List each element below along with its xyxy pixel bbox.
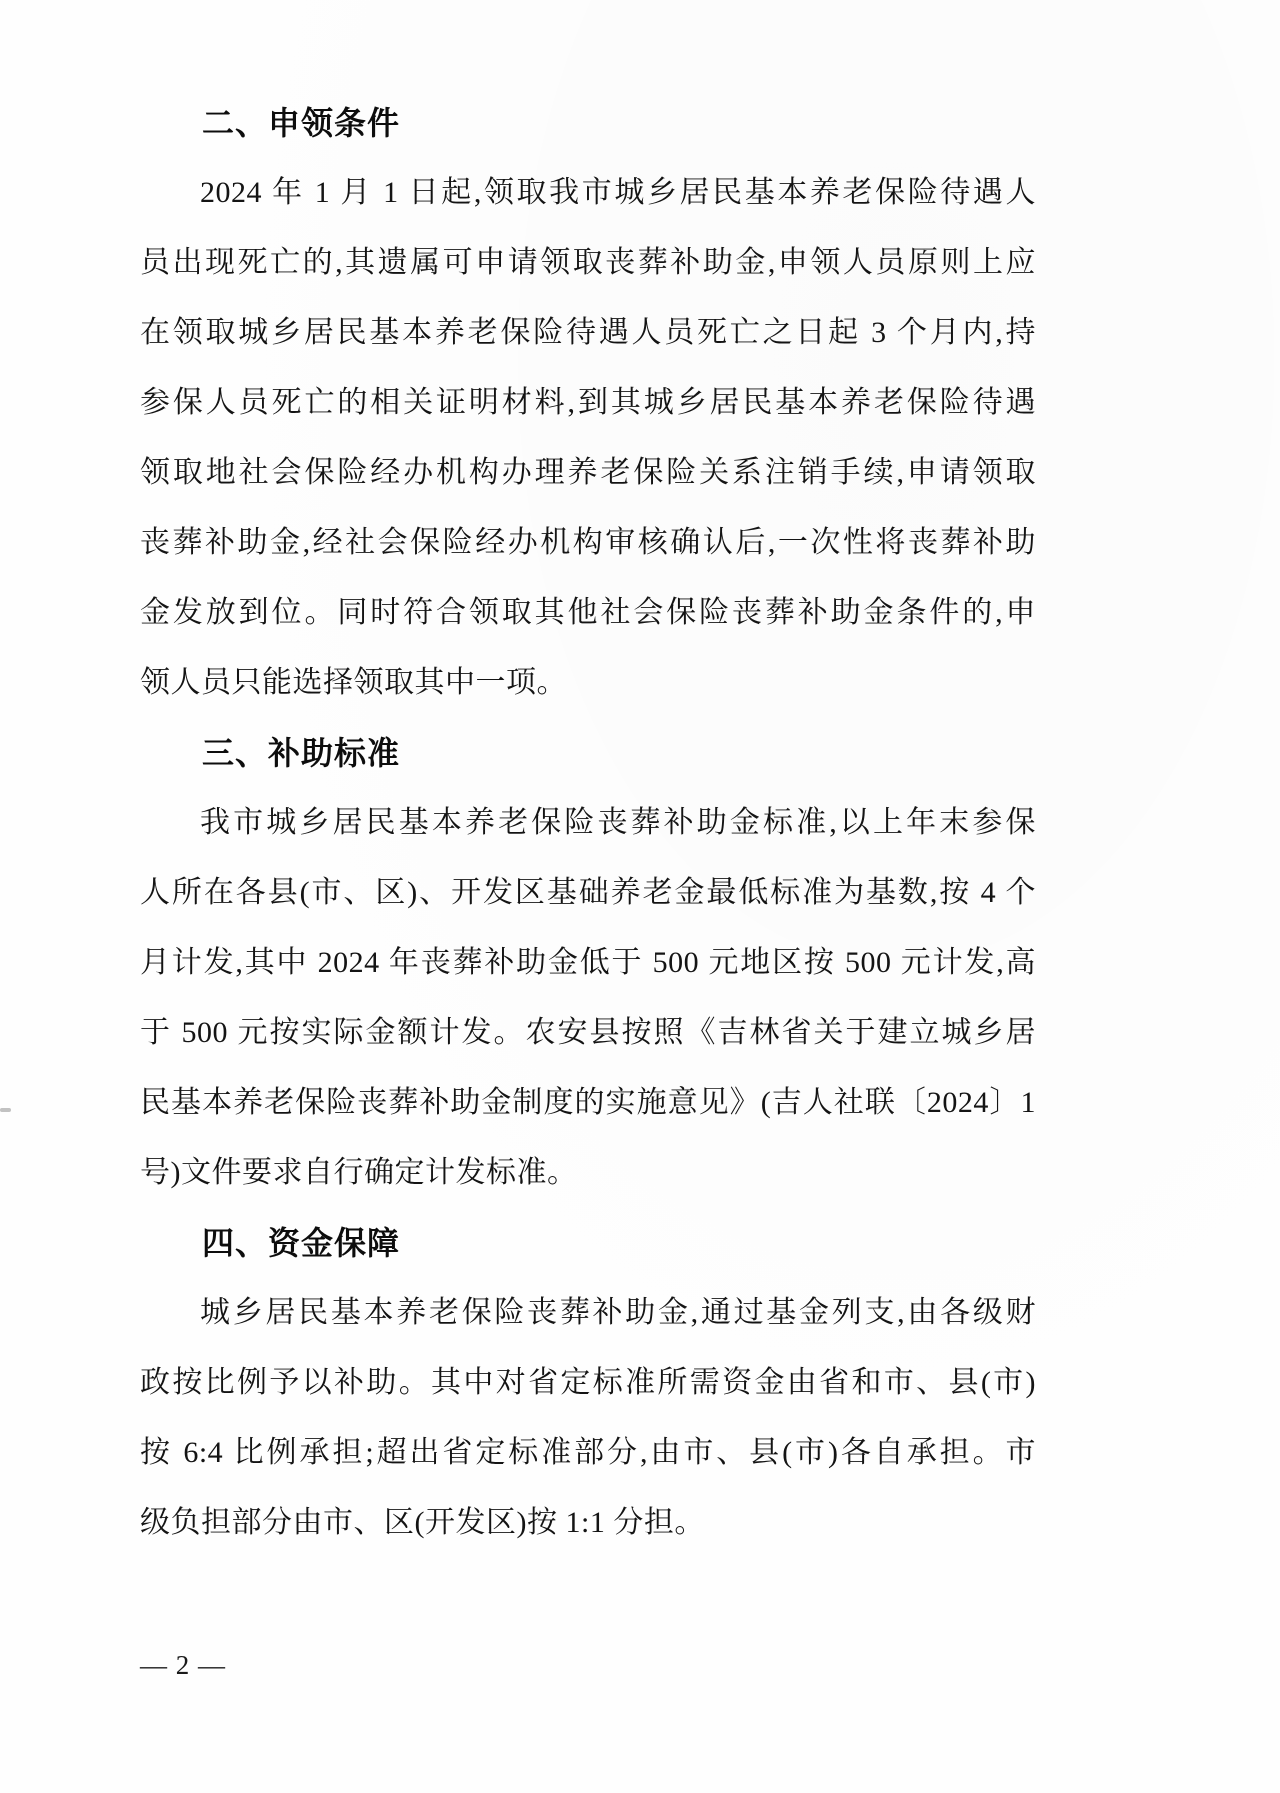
document-content: 二、申领条件2024 年 1 月 1 日起,领取我市城乡居民基本养老保险待遇人员… [140,88,1036,1558]
paragraph: 2024 年 1 月 1 日起,领取我市城乡居民基本养老保险待遇人员出现死亡的,… [140,158,1036,718]
document-page: 二、申领条件2024 年 1 月 1 日起,领取我市城乡居民基本养老保险待遇人员… [0,0,1280,1793]
body-line: 我市城乡居民基本养老保险丧葬补助金标准,以上年末参保 [140,788,1036,858]
body-line: 人所在各县(市、区)、开发区基础养老金最低标准为基数,按 4 个 [140,858,1036,928]
section-heading: 三、补助标准 [140,718,1036,788]
body-line: 员出现死亡的,其遗属可申请领取丧葬补助金,申领人员原则上应 [140,228,1036,298]
body-line: 月计发,其中 2024 年丧葬补助金低于 500 元地区按 500 元计发,高 [140,928,1036,998]
body-line: 丧葬补助金,经社会保险经办机构审核确认后,一次性将丧葬补助 [140,508,1036,578]
body-line: 城乡居民基本养老保险丧葬补助金,通过基金列支,由各级财 [140,1278,1036,1348]
scan-artifact-mark [0,1108,11,1112]
paragraph: 城乡居民基本养老保险丧葬补助金,通过基金列支,由各级财政按比例予以补助。其中对省… [140,1278,1036,1558]
body-line: 于 500 元按实际金额计发。农安县按照《吉林省关于建立城乡居 [140,998,1036,1068]
section-heading: 四、资金保障 [140,1208,1036,1278]
body-line: 金发放到位。同时符合领取其他社会保险丧葬补助金条件的,申 [140,578,1036,648]
body-line: 按 6:4 比例承担;超出省定标准部分,由市、县(市)各自承担。市 [140,1418,1036,1488]
body-line: 民基本养老保险丧葬补助金制度的实施意见》(吉人社联〔2024〕1 [140,1068,1036,1138]
body-line: 参保人员死亡的相关证明材料,到其城乡居民基本养老保险待遇 [140,368,1036,438]
page-number: — 2 — [140,1645,226,1685]
body-line: 领人员只能选择领取其中一项。 [140,648,1036,718]
section-heading: 二、申领条件 [140,88,1036,158]
body-line: 2024 年 1 月 1 日起,领取我市城乡居民基本养老保险待遇人 [140,158,1036,228]
body-line: 领取地社会保险经办机构办理养老保险关系注销手续,申请领取 [140,438,1036,508]
body-line: 级负担部分由市、区(开发区)按 1:1 分担。 [140,1488,1036,1558]
body-line: 在领取城乡居民基本养老保险待遇人员死亡之日起 3 个月内,持 [140,298,1036,368]
paragraph: 我市城乡居民基本养老保险丧葬补助金标准,以上年末参保人所在各县(市、区)、开发区… [140,788,1036,1208]
body-line: 号)文件要求自行确定计发标准。 [140,1138,1036,1208]
body-line: 政按比例予以补助。其中对省定标准所需资金由省和市、县(市) [140,1348,1036,1418]
